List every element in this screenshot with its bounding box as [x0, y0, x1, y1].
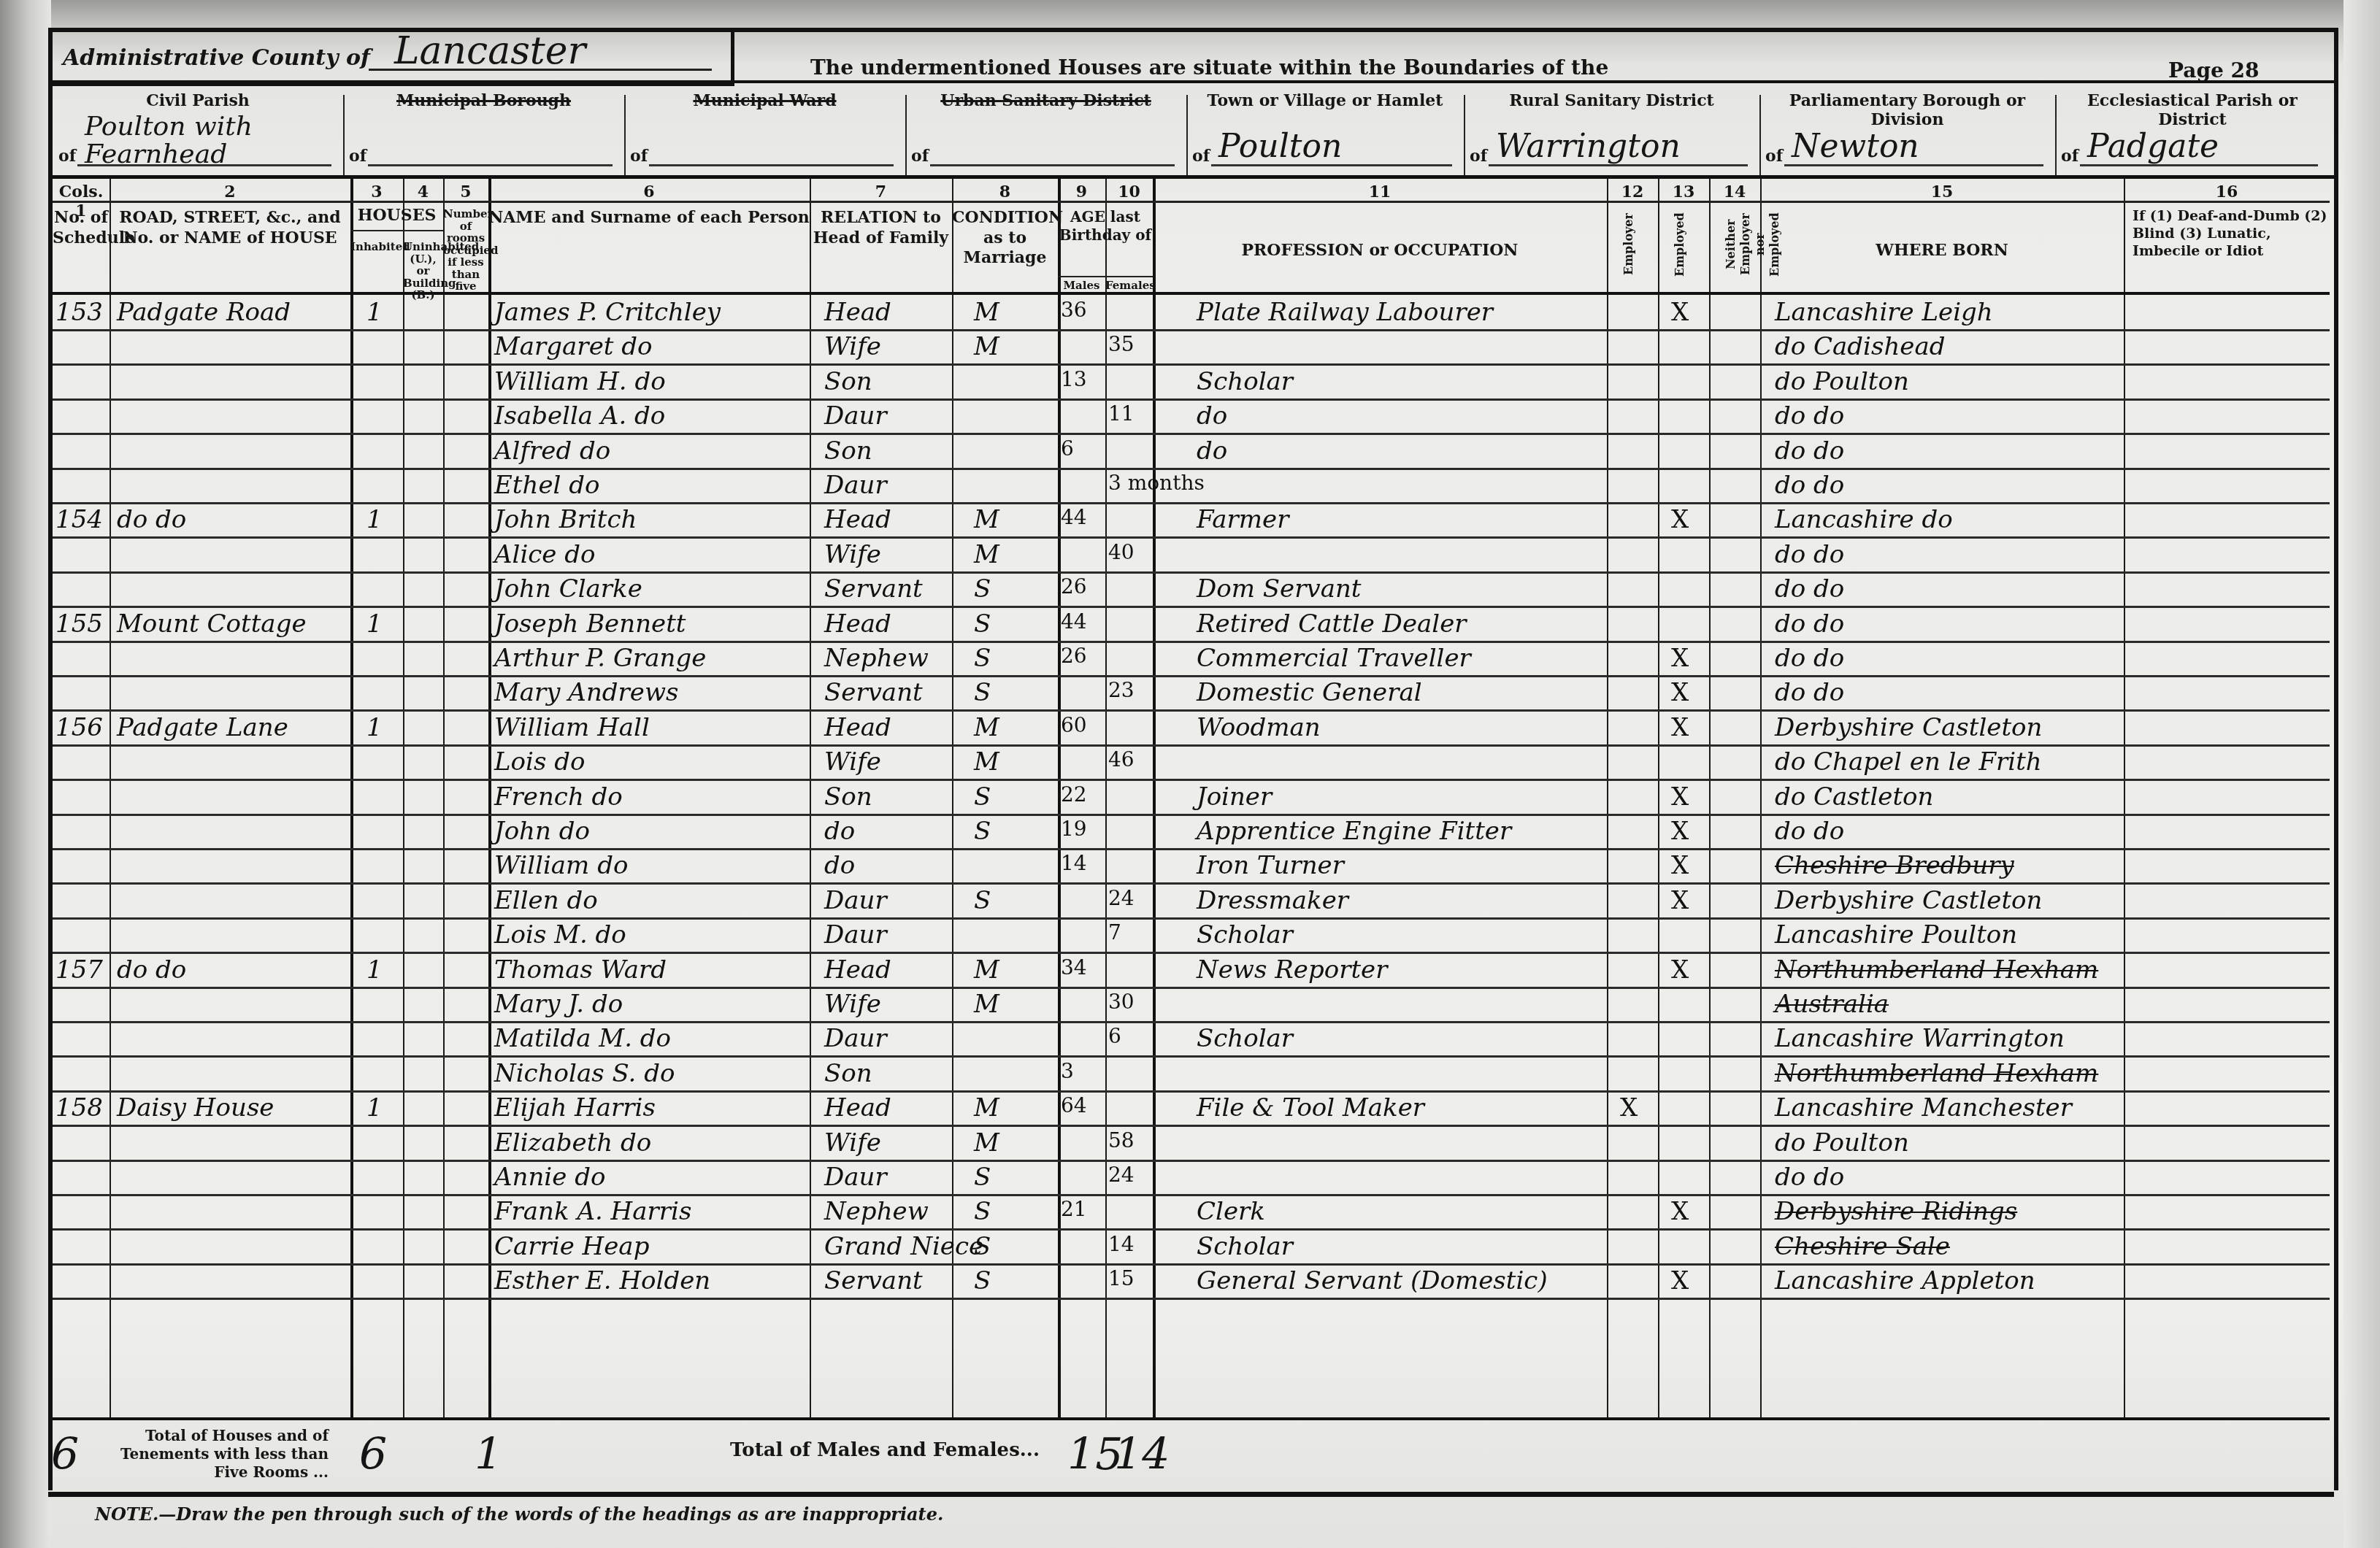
- cell-age_m: 26: [1061, 574, 1087, 598]
- census-row: Annie doDaurS24do do: [53, 1160, 2330, 1196]
- cell-relation: Wife: [824, 540, 881, 569]
- page-number: Page 28: [2168, 58, 2260, 82]
- cell-relation: Grand Niece: [824, 1232, 983, 1261]
- cell-age_m: 44: [1061, 609, 1087, 634]
- scan-edge-right: [2343, 0, 2380, 1548]
- cell-occupation: Dressmaker: [1197, 886, 1348, 915]
- cell-age_m: 3: [1061, 1059, 1074, 1083]
- cell-employed: X: [1671, 782, 1689, 812]
- cell-born: Cheshire Bredbury: [1775, 851, 2014, 880]
- cell-schedule: 157: [55, 955, 103, 985]
- admin-division-2: Municipal Wardof: [624, 91, 905, 172]
- cell-occupation: do: [1197, 436, 1227, 466]
- cell-inhabited: 1: [366, 609, 383, 639]
- cell-employed: X: [1671, 505, 1689, 534]
- cell-age_m: 64: [1061, 1093, 1087, 1117]
- of-label: of: [1192, 147, 1210, 166]
- cell-age_f: 46: [1108, 747, 1135, 771]
- admin-division-label: Rural Sanitary District: [1464, 91, 1759, 110]
- column-header-employer: Employer: [1621, 208, 1643, 281]
- cell-age_m: 44: [1061, 505, 1087, 529]
- cell-condition: S: [974, 1197, 991, 1226]
- cell-age_m: 13: [1061, 367, 1087, 391]
- totals-bottom-rule: [48, 1492, 2334, 1497]
- census-row: Elizabeth doWifeM58do Poulton: [53, 1125, 2330, 1162]
- age-sub-rule: [1058, 276, 1153, 277]
- cell-age_m: 21: [1061, 1197, 1087, 1221]
- cell-born: Derbyshire Castleton: [1775, 886, 2042, 915]
- column-number: 2: [110, 182, 350, 201]
- column-header-name: NAME and Surname of each Person: [488, 208, 810, 228]
- column-number: 12: [1607, 182, 1658, 201]
- cell-name: Lois M. do: [494, 920, 626, 950]
- cell-age_m: 19: [1061, 817, 1087, 841]
- cell-occupation: Apprentice Engine Fitter: [1197, 817, 1511, 846]
- cell-inhabited: 1: [366, 955, 383, 985]
- column-number: 10: [1105, 182, 1153, 201]
- of-label: of: [1470, 147, 1487, 166]
- cell-name: Elijah Harris: [494, 1093, 656, 1123]
- column-header-schedule: No. of Schedule: [53, 208, 110, 248]
- cell-name: Mary J. do: [494, 990, 623, 1019]
- admin-division-label: Municipal Ward: [624, 91, 905, 110]
- admin-separator: [1759, 95, 1761, 175]
- admin-division-value: Poulton: [1218, 128, 1342, 165]
- census-row: 155Mount Cottage1Joseph BennettHeadS44Re…: [53, 607, 2330, 643]
- cell-born: do do: [1775, 401, 1844, 431]
- cell-condition: S: [974, 817, 991, 846]
- census-row: Lois doWifeM46do Chapel en le Frith: [53, 744, 2330, 781]
- cell-relation: Head: [824, 505, 891, 534]
- cell-relation: Daur: [824, 920, 887, 950]
- cell-age_m: 6: [1061, 436, 1074, 461]
- cell-name: William Hall: [494, 713, 650, 742]
- census-row: Esther E. HoldenServantS15General Servan…: [53, 1263, 2330, 1300]
- cell-age_f: 24: [1108, 1163, 1135, 1187]
- cell-age_f: 30: [1108, 990, 1135, 1014]
- cell-born: do Cadishead: [1775, 332, 1945, 361]
- census-row: William dodo14Iron TurnerXCheshire Bredb…: [53, 848, 2330, 885]
- of-label: of: [58, 147, 76, 166]
- census-row: Ellen doDaurS24DressmakerXDerbyshire Cas…: [53, 883, 2330, 920]
- census-row: Mary AndrewsServantS23Domestic GeneralXd…: [53, 675, 2330, 712]
- cell-condition: S: [974, 609, 991, 639]
- cell-age_m: 22: [1061, 782, 1087, 806]
- cell-condition: M: [974, 1093, 999, 1123]
- column-number: 14: [1709, 182, 1760, 201]
- column-header-condition: CONDITION as to Marriage: [952, 208, 1058, 269]
- admin-separator: [1464, 95, 1465, 175]
- admin-division-label: Municipal Borough: [343, 91, 624, 110]
- cell-occupation: News Reporter: [1197, 955, 1387, 985]
- cell-name: Carrie Heap: [494, 1232, 649, 1261]
- admin-separator: [1186, 95, 1188, 175]
- admin-division-7: Ecclesiastical Parish or DistrictofPadga…: [2055, 91, 2330, 172]
- census-row: 153Padgate Road1James P. CritchleyHeadM3…: [53, 295, 2330, 331]
- cell-name: Alfred do: [494, 436, 610, 466]
- census-row: John dodoS19Apprentice Engine FitterXdo …: [53, 814, 2330, 850]
- cell-condition: M: [974, 990, 999, 1019]
- cell-condition: S: [974, 574, 991, 604]
- cell-born: Northumberland Hexham: [1775, 955, 2098, 985]
- cell-occupation: Iron Turner: [1197, 851, 1344, 880]
- cell-employed: X: [1671, 298, 1689, 327]
- cell-inhabited: 1: [366, 1093, 383, 1123]
- admin-separator: [905, 95, 907, 175]
- cell-name: John Clarke: [494, 574, 642, 604]
- cell-relation: Son: [824, 782, 872, 812]
- cell-occupation: Woodman: [1197, 713, 1321, 742]
- cell-age_m: 14: [1061, 851, 1087, 875]
- cell-occupation: Scholar: [1197, 1024, 1293, 1053]
- cell-relation: Daur: [824, 886, 887, 915]
- census-row: John ClarkeServantS26Dom Servantdo do: [53, 571, 2330, 608]
- cell-born: Lancashire Manchester: [1775, 1093, 2072, 1123]
- cell-age_f: 11: [1108, 401, 1135, 425]
- cell-condition: M: [974, 955, 999, 985]
- cell-occupation: Retired Cattle Dealer: [1197, 609, 1467, 639]
- cell-address: Mount Cottage: [117, 609, 307, 639]
- admin-separator: [624, 95, 626, 175]
- cell-age_f: 14: [1108, 1232, 1135, 1256]
- cell-name: Esther E. Holden: [494, 1266, 710, 1295]
- census-row: Matilda M. doDaur6ScholarLancashire Warr…: [53, 1021, 2330, 1058]
- cell-born: Lancashire Appleton: [1775, 1266, 2035, 1295]
- cell-address: do do: [117, 505, 186, 534]
- admin-division-label: Urban Sanitary District: [905, 91, 1186, 110]
- admin-division-label: Town or Village or Hamlet: [1186, 91, 1464, 110]
- cell-employed: X: [1671, 886, 1689, 915]
- county-value: Lancaster: [394, 29, 586, 73]
- cell-occupation: Commercial Traveller: [1197, 644, 1471, 673]
- admin-division-0: Civil ParishofPoulton with Fearnhead: [53, 91, 343, 172]
- scan-edge-left: [0, 0, 51, 1548]
- cell-relation: Head: [824, 1093, 891, 1123]
- cell-born: Northumberland Hexham: [1775, 1059, 2098, 1088]
- cell-name: Thomas Ward: [494, 955, 667, 985]
- column-number: 8: [952, 182, 1058, 201]
- cell-condition: M: [974, 1128, 999, 1158]
- cell-born: do do: [1775, 609, 1844, 639]
- census-row: Mary J. doWifeM30Australia: [53, 987, 2330, 1023]
- footnote: NOTE.—Draw the pen through such of the w…: [95, 1503, 943, 1525]
- cell-age_f: 35: [1108, 332, 1135, 356]
- cell-relation: Wife: [824, 1128, 881, 1158]
- cell-born: do do: [1775, 817, 1844, 846]
- cell-name: Annie do: [494, 1163, 605, 1192]
- cell-born: Cheshire Sale: [1775, 1232, 1950, 1261]
- cell-employed: X: [1671, 1197, 1689, 1226]
- cell-relation: Head: [824, 298, 891, 327]
- admin-division-value: Padgate: [2087, 128, 2219, 165]
- cell-occupation: Plate Railway Labourer: [1197, 298, 1493, 327]
- of-label: of: [630, 147, 648, 166]
- cell-age_f: 24: [1108, 886, 1135, 910]
- total-rooms-lt5: 1: [475, 1429, 502, 1480]
- cell-age_f: 3 months: [1108, 471, 1205, 495]
- column-header-occupation: PROFESSION or OCCUPATION: [1153, 241, 1607, 261]
- cell-born: do do: [1775, 471, 1844, 500]
- fill-line: [368, 164, 613, 166]
- cell-employed: X: [1671, 955, 1689, 985]
- column-number: 11: [1153, 182, 1607, 201]
- cell-condition: M: [974, 540, 999, 569]
- cell-address: Daisy House: [117, 1093, 274, 1123]
- cell-born: Lancashire do: [1775, 505, 1953, 534]
- cell-born: do do: [1775, 540, 1844, 569]
- column-header-infirm: If (1) Deaf-and-Dumb (2) Blind (3) Lunat…: [2133, 208, 2338, 260]
- of-label: of: [1765, 147, 1783, 166]
- census-row: Frank A. HarrisNephewS21ClerkXDerbyshire…: [53, 1194, 2330, 1231]
- cell-born: Australia: [1775, 990, 1889, 1019]
- cell-condition: S: [974, 678, 991, 707]
- column-number: 7: [810, 182, 952, 201]
- admin-separator: [343, 95, 345, 175]
- cell-occupation: Scholar: [1197, 367, 1293, 396]
- census-row: 154do do1John BritchHeadM44FarmerXLancas…: [53, 502, 2330, 539]
- census-row: Isabella A. doDaur11dodo do: [53, 398, 2330, 435]
- cell-name: Alice do: [494, 540, 596, 569]
- county-label: Administrative County of: [63, 45, 370, 71]
- cell-condition: S: [974, 644, 991, 673]
- cell-inhabited: 1: [366, 298, 383, 327]
- column-header-born: WHERE BORN: [1760, 241, 2124, 261]
- cell-name: James P. Critchley: [494, 298, 721, 327]
- cell-employed: X: [1671, 713, 1689, 742]
- census-row: Alice doWifeM40do do: [53, 537, 2330, 574]
- fill-line: [930, 164, 1175, 166]
- total-females: 14: [1114, 1429, 1170, 1480]
- cell-born: Lancashire Leigh: [1775, 298, 1993, 327]
- cell-name: Arthur P. Grange: [494, 644, 706, 673]
- admin-division-3: Urban Sanitary Districtof: [905, 91, 1186, 172]
- column-header-age_m: Males: [1058, 280, 1105, 292]
- cell-relation: Son: [824, 436, 872, 466]
- cell-condition: S: [974, 886, 991, 915]
- cell-condition: S: [974, 1163, 991, 1192]
- census-row: French doSonS22JoinerXdo Castleton: [53, 779, 2330, 816]
- column-header-age_f: Females: [1105, 280, 1153, 292]
- cell-age_f: 6: [1108, 1024, 1121, 1048]
- cell-address: Padgate Lane: [117, 713, 288, 742]
- cell-relation: Servant: [824, 574, 923, 604]
- cell-schedule: 156: [55, 713, 103, 742]
- cell-age_f: 15: [1108, 1266, 1135, 1290]
- column-number: 5: [443, 182, 488, 201]
- cell-address: Padgate Road: [117, 298, 291, 327]
- cell-name: William H. do: [494, 367, 666, 396]
- admin-division-5: Rural Sanitary DistrictofWarrington: [1464, 91, 1759, 172]
- totals-top-rule: [53, 1417, 2330, 1420]
- cell-age_m: 26: [1061, 644, 1087, 668]
- of-label: of: [2061, 147, 2078, 166]
- admin-division-value: Poulton with Fearnhead: [85, 113, 326, 169]
- admin-division-1: Municipal Boroughof: [343, 91, 624, 172]
- cell-employed: X: [1671, 1266, 1689, 1295]
- cell-relation: Servant: [824, 678, 923, 707]
- column-number: 15: [1760, 182, 2124, 201]
- admin-division-label: Ecclesiastical Parish or District: [2055, 91, 2330, 129]
- admin-rule: [48, 175, 2334, 179]
- census-row: Arthur P. GrangeNephewS26Commercial Trav…: [53, 641, 2330, 677]
- cell-relation: Daur: [824, 471, 887, 500]
- cell-occupation: Clerk: [1197, 1197, 1265, 1226]
- admin-separator: [2055, 95, 2057, 175]
- cell-relation: Nephew: [824, 1197, 929, 1226]
- cell-born: do Chapel en le Frith: [1775, 747, 2042, 777]
- column-number: 9: [1058, 182, 1105, 201]
- census-row: William H. doSon13Scholardo Poulton: [53, 364, 2330, 401]
- cell-age_m: 34: [1061, 955, 1087, 979]
- cell-relation: Head: [824, 609, 891, 639]
- cell-born: do do: [1775, 574, 1844, 604]
- cell-name: Joseph Bennett: [494, 609, 686, 639]
- cell-relation: do: [824, 851, 855, 880]
- cell-relation: Daur: [824, 401, 887, 431]
- column-number: 13: [1658, 182, 1709, 201]
- cell-schedule: 155: [55, 609, 103, 639]
- cell-relation: Head: [824, 955, 891, 985]
- cell-age_f: 7: [1108, 920, 1121, 944]
- cell-name: William do: [494, 851, 628, 880]
- header-rule: [48, 80, 2334, 83]
- cell-age_m: 36: [1061, 298, 1087, 322]
- total-houses-label: Total of Houses and of Tenements with le…: [110, 1427, 329, 1482]
- cell-relation: do: [824, 817, 855, 846]
- cell-schedule: 153: [55, 298, 103, 327]
- houses-group-header: HOUSES: [350, 206, 443, 226]
- column-header-address: ROAD, STREET, &c., and No. or NAME of HO…: [110, 208, 350, 248]
- cell-name: John do: [494, 817, 590, 846]
- cell-relation: Wife: [824, 747, 881, 777]
- cell-condition: M: [974, 713, 999, 742]
- cell-born: do Poulton: [1775, 1128, 1909, 1158]
- fill-line: [649, 164, 894, 166]
- cell-relation: Wife: [824, 990, 881, 1019]
- cell-born: do do: [1775, 436, 1844, 466]
- cell-condition: M: [974, 298, 999, 327]
- cell-condition: M: [974, 747, 999, 777]
- cell-age_f: 58: [1108, 1128, 1135, 1152]
- census-row: Alfred doSon6dodo do: [53, 434, 2330, 470]
- cell-name: Elizabeth do: [494, 1128, 651, 1158]
- houses-sub-rule: [350, 230, 443, 231]
- cell-relation: Daur: [824, 1024, 887, 1053]
- cell-name: John Britch: [494, 505, 637, 534]
- cell-address: do do: [117, 955, 186, 985]
- cell-name: Nicholas S. do: [494, 1059, 675, 1088]
- admin-division-label: Parliamentary Borough or Division: [1759, 91, 2055, 129]
- cell-inhabited: 1: [366, 505, 383, 534]
- column-number: 3: [350, 182, 403, 201]
- census-row: Lois M. doDaur7ScholarLancashire Poulton: [53, 917, 2330, 954]
- cell-born: do do: [1775, 644, 1844, 673]
- total-inhabited: 6: [359, 1429, 387, 1480]
- admin-division-4: Town or Village or HamletofPoulton: [1186, 91, 1464, 172]
- column-header-employed: Employed: [1673, 208, 1694, 281]
- cell-age_f: 23: [1108, 678, 1135, 702]
- cell-schedule: 154: [55, 505, 103, 534]
- census-row: Ethel doDaur3 monthsdo do: [53, 468, 2330, 504]
- cell-relation: Head: [824, 713, 891, 742]
- cell-employer: X: [1620, 1093, 1638, 1123]
- census-row: Carrie HeapGrand NieceS14ScholarCheshire…: [53, 1229, 2330, 1266]
- column-number: 6: [488, 182, 810, 201]
- column-header-inhabited: Inhabited: [350, 241, 403, 253]
- cell-inhabited: 1: [366, 713, 383, 742]
- cell-occupation: Scholar: [1197, 1232, 1293, 1261]
- cell-born: do Poulton: [1775, 367, 1909, 396]
- cell-employed: X: [1671, 851, 1689, 880]
- cell-born: do Castleton: [1775, 782, 1933, 812]
- cell-condition: M: [974, 332, 999, 361]
- of-label: of: [911, 147, 929, 166]
- cell-condition: S: [974, 1232, 991, 1261]
- of-label: of: [349, 147, 366, 166]
- cell-employed: X: [1671, 678, 1689, 707]
- column-number: 4: [403, 182, 443, 201]
- age-group-header: AGE last Birthday of: [1058, 208, 1153, 244]
- column-header-rooms: Number of rooms occupied if less than fi…: [443, 208, 488, 293]
- cell-condition: S: [974, 782, 991, 812]
- admin-division-value: Warrington: [1496, 128, 1681, 165]
- column-header-relation: RELATION to Head of Family: [810, 208, 952, 248]
- cell-name: Ellen do: [494, 886, 598, 915]
- column-number: 16: [2124, 182, 2330, 201]
- total-persons-label: Total of Males and Females...: [730, 1439, 1040, 1461]
- cell-occupation: General Servant (Domestic): [1197, 1266, 1548, 1295]
- total-schedules: 6: [51, 1429, 79, 1480]
- cell-name: Isabella A. do: [494, 401, 665, 431]
- cell-occupation: Farmer: [1197, 505, 1289, 534]
- cell-born: Lancashire Poulton: [1775, 920, 2017, 950]
- cell-born: Lancashire Warrington: [1775, 1024, 2065, 1053]
- cell-occupation: Domestic General: [1197, 678, 1422, 707]
- cell-born: do do: [1775, 678, 1844, 707]
- census-row: 156Padgate Lane1William HallHeadM60Woodm…: [53, 710, 2330, 747]
- census-row: 158Daisy House1Elijah HarrisHeadM64File …: [53, 1090, 2330, 1127]
- cell-occupation: Scholar: [1197, 920, 1293, 950]
- cell-name: Lois do: [494, 747, 585, 777]
- cell-occupation: Dom Servant: [1197, 574, 1361, 604]
- cell-employed: X: [1671, 644, 1689, 673]
- cell-age_m: 60: [1061, 713, 1087, 737]
- admin-division-value: Newton: [1792, 128, 1919, 165]
- cell-name: French do: [494, 782, 623, 812]
- cell-condition: S: [974, 1266, 991, 1295]
- boundary-title: The undermentioned Houses are situate wi…: [810, 55, 1608, 80]
- cell-age_f: 40: [1108, 540, 1135, 564]
- cell-schedule: 158: [55, 1093, 103, 1123]
- census-row: Margaret doWifeM35do Cadishead: [53, 329, 2330, 366]
- admin-division-6: Parliamentary Borough or DivisionofNewto…: [1759, 91, 2055, 172]
- cell-born: Derbyshire Ridings: [1775, 1197, 2017, 1226]
- cell-employed: X: [1671, 817, 1689, 846]
- cell-born: Derbyshire Castleton: [1775, 713, 2042, 742]
- census-row: 157do do1Thomas WardHeadM34News Reporter…: [53, 952, 2330, 989]
- cell-relation: Daur: [824, 1163, 887, 1192]
- census-row: Nicholas S. doSon3Northumberland Hexham: [53, 1056, 2330, 1093]
- cell-name: Matilda M. do: [494, 1024, 671, 1053]
- cell-occupation: do: [1197, 401, 1227, 431]
- cell-relation: Servant: [824, 1266, 923, 1295]
- cell-relation: Son: [824, 1059, 872, 1088]
- cell-name: Frank A. Harris: [494, 1197, 691, 1226]
- cell-born: do do: [1775, 1163, 1844, 1192]
- cell-name: Mary Andrews: [494, 678, 679, 707]
- column-header-neither: Neither Employer nor Employed: [1724, 208, 1746, 281]
- cell-occupation: File & Tool Maker: [1197, 1093, 1424, 1123]
